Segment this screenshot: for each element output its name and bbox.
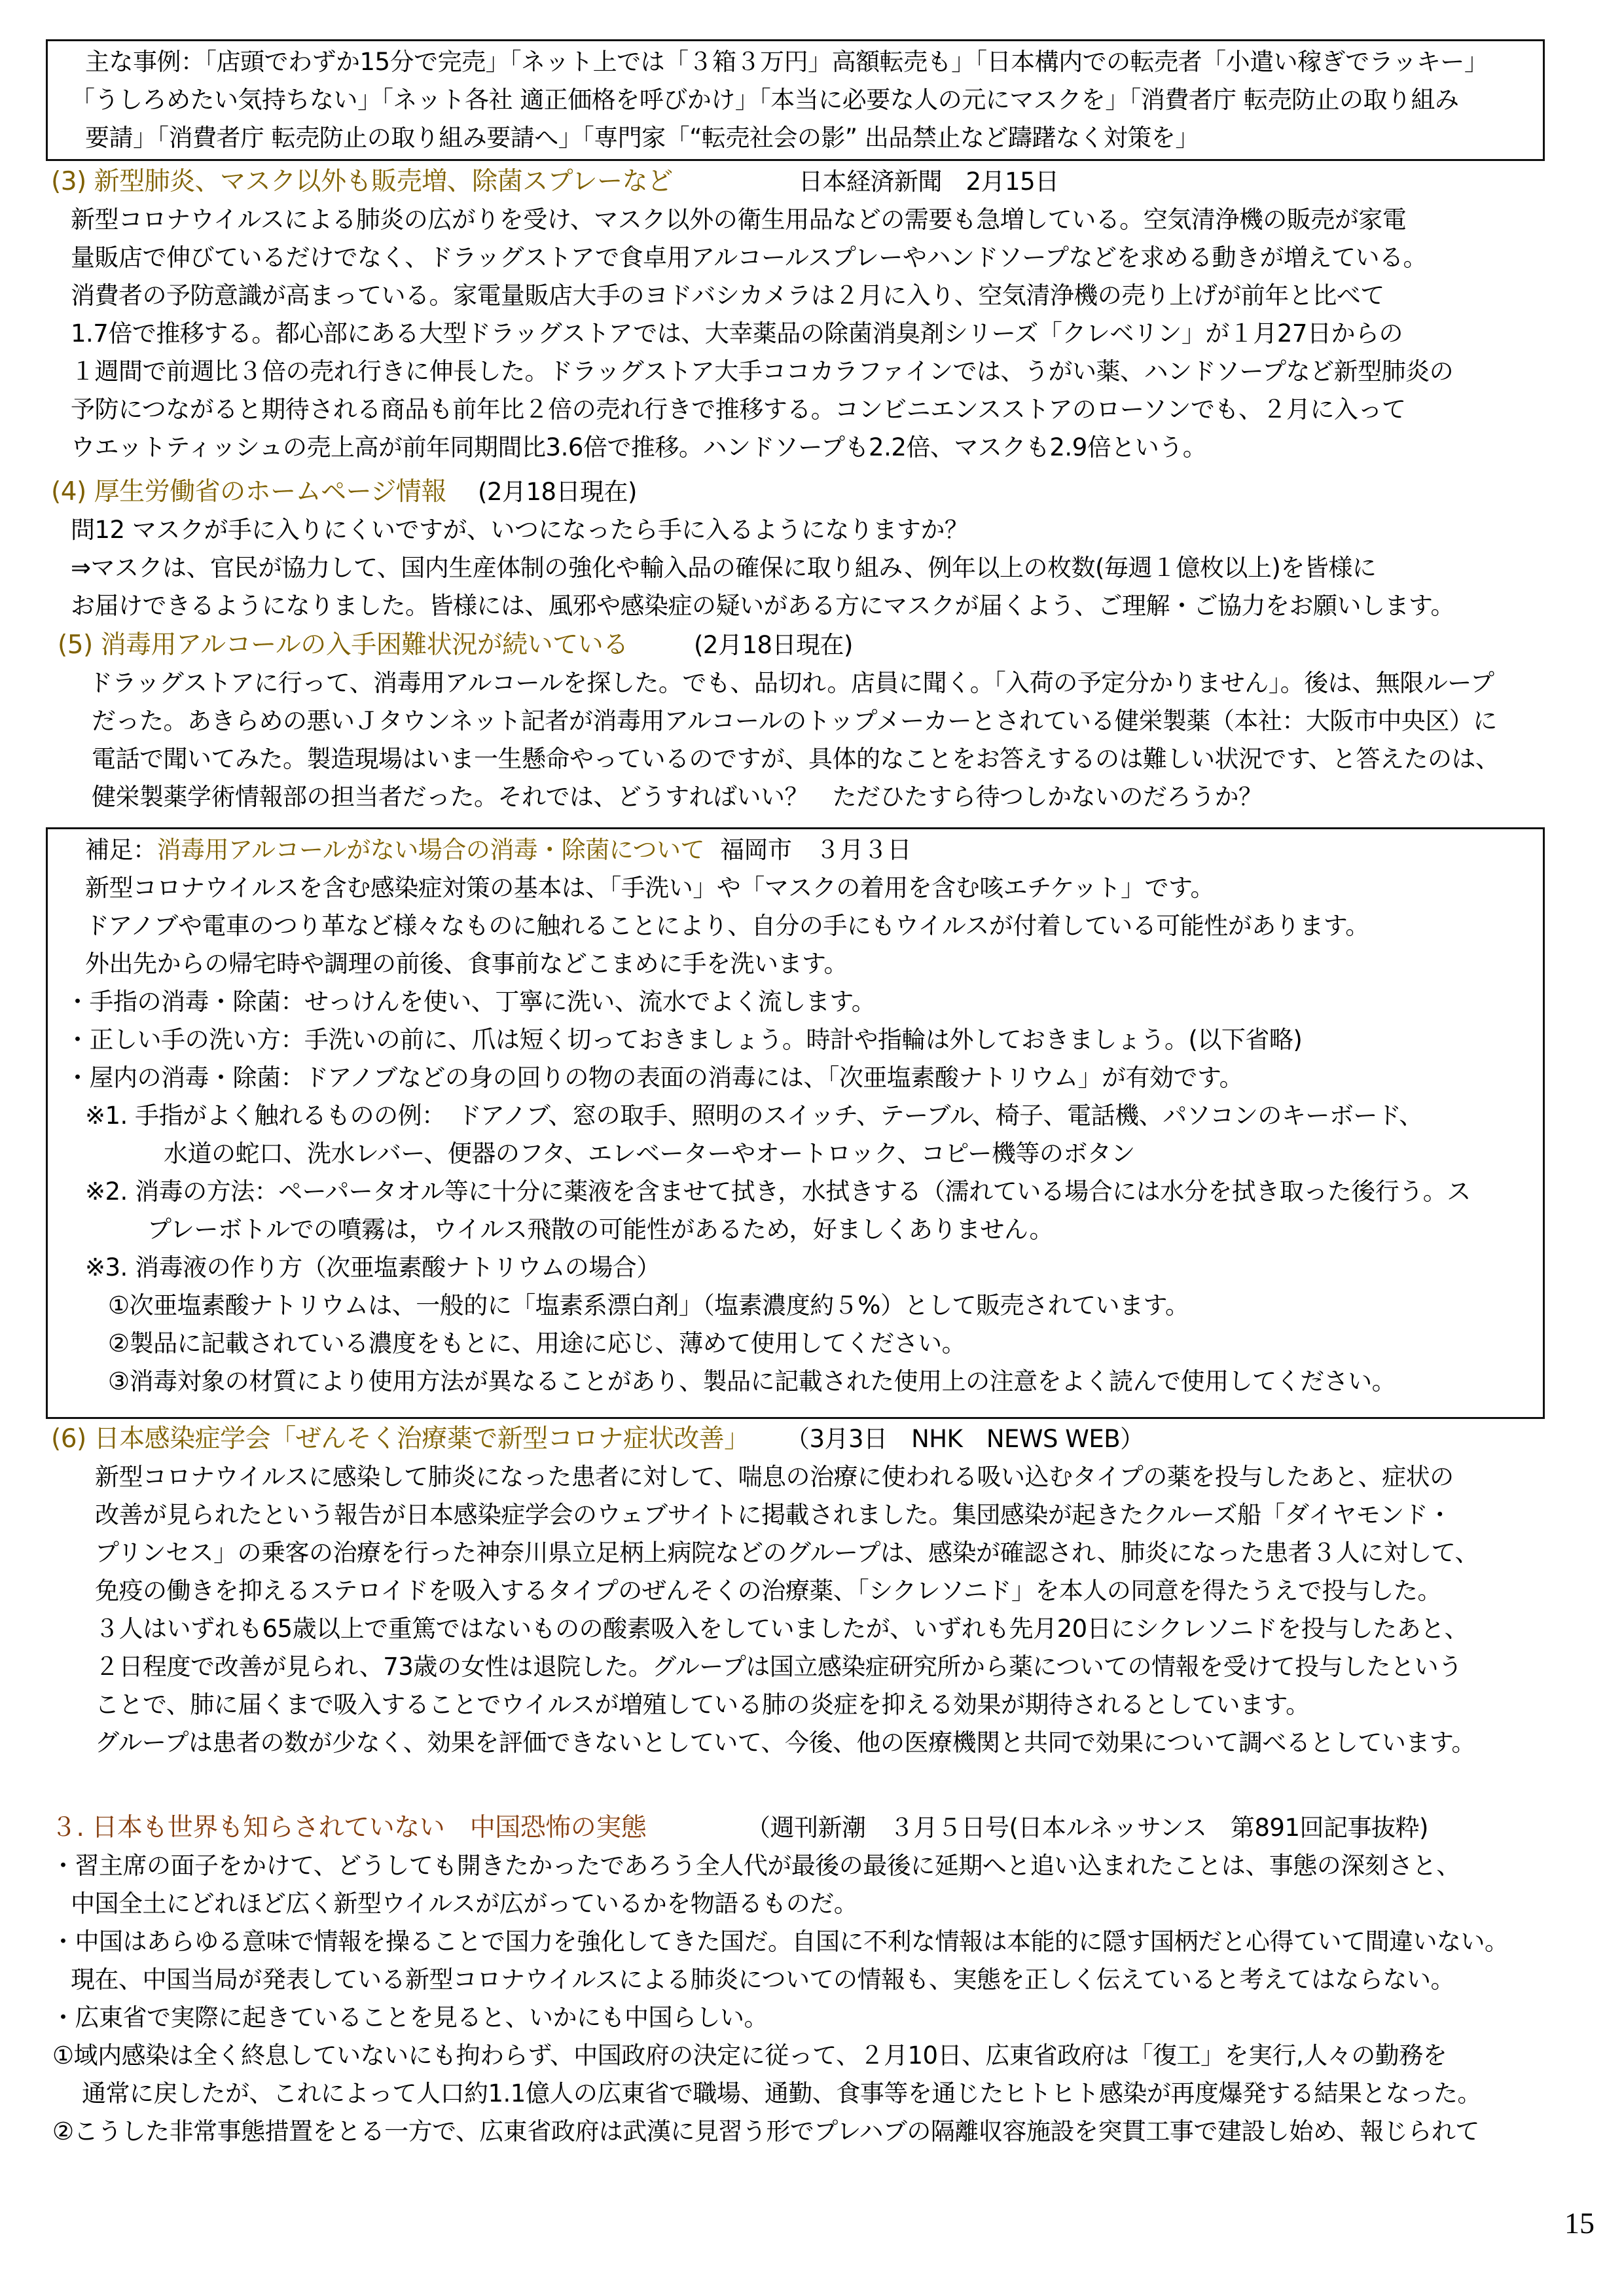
examples-line: 要請」「消費者庁 転売防止の取り組み要請へ」「専門家「“転売社会の影” 出品禁止… [85,122,1199,154]
section3-source: 日本経済新聞 2月15日 [799,166,1059,198]
section3-heading: (3) 新型肺炎、マスク以外も販売増、除菌スプレーなど [51,166,673,198]
section3-line: 予防につながると期待される商品も前年比２倍の売れ行きで推移する。コンビニエンスス… [71,393,1406,426]
supplement-title: 補足：消毒用アルコールがない場合の消毒・除菌について福岡市 ３月３日 [85,834,911,867]
section6-line: グループは患者の数が少なく、効果を評価できないとしていて、今後、他の医療機関と共… [95,1727,1475,1759]
section3-line: 消費者の予防意識が高まっている。家電量販店大手のヨドバシカメラは２月に入り、空気… [71,279,1384,312]
section5-heading: (5) 消毒用アルコールの入手困難状況が続いている [58,629,628,662]
section5-source: (2月18日現在) [694,629,853,662]
section4-source: (2月18日現在) [478,476,637,509]
section4-line: ⇒マスクは、官民が協力して、国内生産体制の強化や輸入品の確保に取り組み、例年以上… [71,552,1376,584]
supplement-note: ※1. 手指がよく触れるものの例： ドアノブ、窓の取手、照明のスイッチ、テーブル… [85,1100,1423,1132]
section3-line: １週間で前週比３倍の売れ行きに伸長した。ドラッグストア大手ココカラファインでは、… [71,355,1453,388]
supplement-line: 外出先からの帰宅時や調理の前後、食事前などこまめに手を洗います。 [85,948,848,980]
supplement-note: ※2. 消毒の方法：ペーパータオル等に十分に薬液を含ませて拭き，水拭きする（濡れ… [85,1175,1471,1208]
supplement-line: 新型コロナウイルスを含む感染症対策の基本は、「手洗い」や「マスクの着用を含む咳エ… [85,872,1214,905]
section3-line: 新型コロナウイルスによる肺炎の広がりを受け、マスク以外の衛生用品などの需要も急増… [71,204,1406,236]
section4-line: お届けできるようになりました。皆様には、風邪や感染症の疑いがある方にマスクが届く… [71,590,1454,622]
examples-line: 「うしろめたい気持ちない」「ネット各社 適正価格を呼びかけ」「本当に必要な人の元… [71,84,1459,117]
chapter3-heading: ３. 日本も世界も知らされていない 中国恐怖の実態 [51,1812,646,1844]
section6-line: ２日程度で改善が見られ、73歳の女性は退院した。グループは国立感染症研究所から薬… [95,1651,1462,1683]
chapter3-source: （週刊新潮 ３月５日号(日本ルネッサンス 第891回記事抜粋) [746,1812,1428,1844]
chapter3-line: 通常に戻したが、これによって人口約1.1億人の広東省で職場、通勤、食事等を通じた… [82,2077,1481,2110]
supplement-bullet: ・手指の消毒・除菌：せっけんを使い、丁寧に洗い、流水でよく流します。 [65,986,875,1018]
chapter3-line: 現在、中国当局が発表している新型コロナウイルスによる肺炎についての情報も、実態を… [71,1964,1454,1996]
supplement-note: ※3. 消毒液の作り方（次亜塩素酸ナトリウムの場合） [85,1251,660,1284]
chapter3-item: ①域内感染は全く終息していないにも拘わらず、中国政府の決定に従って、２月10日、… [52,2039,1447,2072]
section4-line: 問12 マスクが手に入りにくいですが、いつになったら手に入るようになりますか？ [71,514,968,547]
section6-heading: (6) 日本感染症学会「ぜんそく治療薬で新型コロナ症状改善」 [51,1423,749,1456]
section5-line: だった。あきらめの悪いＪタウンネット記者が消毒用アルコールのトップメーカーとされ… [92,705,1497,738]
section6-line: 新型コロナウイルスに感染して肺炎になった患者に対して、喘息の治療に使われる吸い込… [95,1461,1454,1494]
supplement-note-cont: 水道の蛇口、洗水レバー、便器のフタ、エレベーターやオートロック、コピー機等のボタ… [164,1138,1135,1170]
chapter3-line: 中国全土にどれほど広く新型ウイルスが広がっているかを物語るものだ。 [71,1888,857,1920]
examples-line: 主な事例：「店頭でわずか15分で完売」「ネット上では「３箱３万円」高額転売も」「… [85,46,1488,79]
supplement-source: 福岡市 ３月３日 [720,836,911,864]
section6-line: プリンセス」の乗客の治療を行った神奈川県立足柄上病院などのグループは、感染が確認… [95,1537,1479,1570]
supplement-label: 補足： [85,836,157,864]
chapter3-item: ②こうした非常事態措置をとる一方で、広東省政府は武漢に見習う形でプレハブの隔離収… [52,2115,1479,2148]
section6-source: （3月3日 NHK NEWS WEB） [785,1423,1144,1456]
supplement-line: ドアノブや電車のつり革など様々なものに触れることにより、自分の手にもウイルスが付… [85,910,1369,942]
section3-line: 量販店で伸びているだけでなく、ドラッグストアで食卓用アルコールスプレーやハンドソ… [71,242,1427,274]
supplement-step: ②製品に記載されている濃度をもとに、用途に応じ、薄めて使用してください。 [108,1327,965,1360]
supplement-bullet: ・正しい手の洗い方：手洗いの前に、爪は短く切っておきましょう。時計や指輪は外して… [65,1024,1302,1056]
supplement-step: ③消毒対象の材質により使用方法が異なることがあり、製品に記載された使用上の注意を… [108,1365,1396,1398]
supplement-bullet: ・屋内の消毒・除菌：ドアノブなどの身の回りの物の表面の消毒には、「次亜塩素酸ナト… [65,1062,1243,1094]
chapter3-bullet: ・中国はあらゆる意味で情報を操ることで国力を強化してきた国だ。自国に不利な情報は… [51,1926,1509,1958]
section6-line: 免疫の働きを抑えるステロイドを吸入するタイプのぜんそくの治療薬、「シクレソニド」… [95,1575,1441,1607]
section5-line: ドラッグストアに行って、消毒用アルコールを探した。でも、品切れ。店員に聞く。「入… [88,667,1494,700]
section6-line: 改善が見られたという報告が日本感染症学会のウェブサイトに掲載されました。集団感染… [95,1499,1452,1532]
section5-line: 電話で聞いてみた。製造現場はいま一生懸命やっているのですが、具体的なことをお答え… [92,743,1500,776]
section3-line: 1.7倍で推移する。都心部にある大型ドラッグストアでは、大幸薬品の除菌消臭剤シリ… [71,317,1403,350]
supplement-heading: 消毒用アルコールがない場合の消毒・除菌について [157,836,705,864]
section4-heading: (4) 厚生労働省のホームページ情報 [51,476,446,509]
chapter3-bullet: ・広東省で実際に起きていることを見ると、いかにも中国らしい。 [51,2001,768,2034]
section6-line: ことで、肺に届くまで吸入することでウイルスが増殖している肺の炎症を抑える効果が期… [95,1689,1310,1721]
section5-line: 健栄製薬学術情報部の担当者だった。それでは、どうすればいい？ ただひたすら待つし… [92,781,1263,814]
supplement-note-cont: プレーボトルでの噴霧は，ウイルス飛散の可能性があるため，好ましくありません。 [147,1213,1053,1246]
section3-line: ウエットティッシュの売上高が前年同期間比3.6倍で推移。ハンドソープも2.2倍、… [71,431,1206,464]
page-number: 15 [1564,2206,1595,2240]
section6-line: ３人はいずれも65歳以上で重篤ではないものの酸素吸入をしていましたが、いずれも先… [95,1613,1468,1645]
chapter3-bullet: ・習主席の面子をかけて、どうしても開きたかったであろう全人代が最後の最後に延期へ… [51,1850,1460,1882]
supplement-step: ①次亜塩素酸ナトリウムは、一般的に「塩素系漂白剤」（塩素濃度約５%）として販売さ… [108,1289,1189,1322]
